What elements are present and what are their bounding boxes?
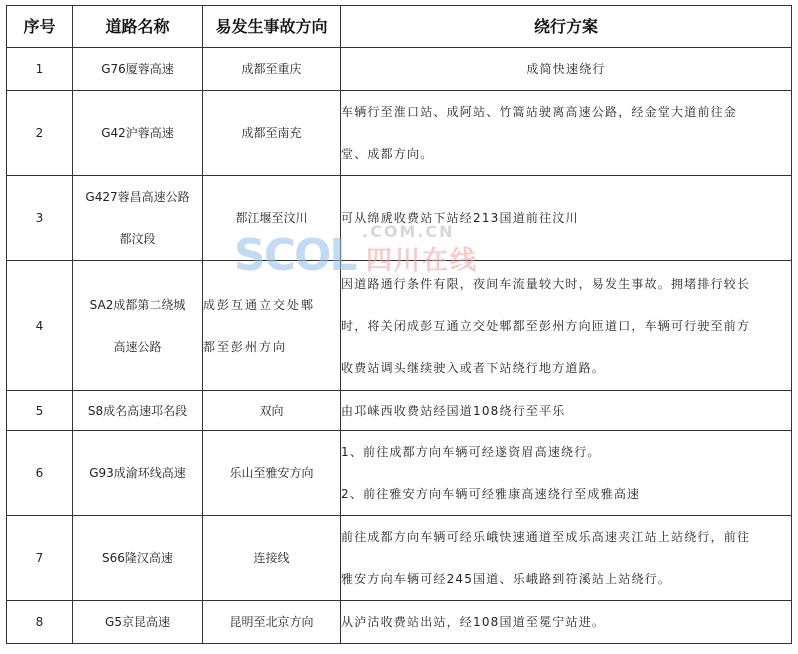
accident-direction: 昆明至北京方向 — [203, 601, 341, 644]
table-row: 1 G76厦蓉高速 成都至重庆 成简快速绕行 — [7, 48, 792, 91]
road-name: G93成渝环线高速 — [73, 431, 203, 516]
detour-plan: 车辆行至淮口站、成阿站、竹篙站驶离高速公路，经金堂大道前往金 堂、成都方向。 — [341, 91, 792, 176]
header-no: 序号 — [7, 6, 73, 48]
road-name: G5京昆高速 — [73, 601, 203, 644]
row-no: 3 — [7, 176, 73, 261]
accident-direction: 连接线 — [203, 516, 341, 601]
table-row: 5 S8成名高速邛名段 双向 由邛崃西收费站经国道108绕行至平乐 — [7, 391, 792, 431]
header-accident-direction: 易发生事故方向 — [203, 6, 341, 48]
row-no: 1 — [7, 48, 73, 91]
row-no: 7 — [7, 516, 73, 601]
detour-plan: 因道路通行条件有限，夜间车流量较大时，易发生事故。拥堵排行较长 时，将关闭成彭互… — [341, 261, 792, 391]
road-name: SA2成都第二绕城 高速公路 — [73, 261, 203, 391]
row-no: 6 — [7, 431, 73, 516]
detour-plan: 可从绵虒收费站下站经213国道前往汶川 — [341, 176, 792, 261]
table-row: 4 SA2成都第二绕城 高速公路 成彭互通立交处郫 都至彭州方向 因道路通行条件… — [7, 261, 792, 391]
table-row: 6 G93成渝环线高速 乐山至雅安方向 1、前往成都方向车辆可经遂资眉高速绕行。… — [7, 431, 792, 516]
detour-plan: 由邛崃西收费站经国道108绕行至平乐 — [341, 391, 792, 431]
accident-direction: 成彭互通立交处郫 都至彭州方向 — [203, 261, 341, 391]
road-name: S8成名高速邛名段 — [73, 391, 203, 431]
row-no: 2 — [7, 91, 73, 176]
accident-direction: 成都至重庆 — [203, 48, 341, 91]
header-road-name: 道路名称 — [73, 6, 203, 48]
detour-plan: 前往成都方向车辆可经乐峨快速通道至成乐高速夹江站上站绕行，前往 雅安方向车辆可经… — [341, 516, 792, 601]
road-name: G427蓉昌高速公路 都汶段 — [73, 176, 203, 261]
table-row: 7 S66隆汉高速 连接线 前往成都方向车辆可经乐峨快速通道至成乐高速夹江站上站… — [7, 516, 792, 601]
road-name: G76厦蓉高速 — [73, 48, 203, 91]
road-name: G42沪蓉高速 — [73, 91, 203, 176]
accident-direction: 乐山至雅安方向 — [203, 431, 341, 516]
row-no: 5 — [7, 391, 73, 431]
accident-direction: 都江堰至汶川 — [203, 176, 341, 261]
accident-direction: 成都至南充 — [203, 91, 341, 176]
table-row: 2 G42沪蓉高速 成都至南充 车辆行至淮口站、成阿站、竹篙站驶离高速公路，经金… — [7, 91, 792, 176]
header-detour-plan: 绕行方案 — [341, 6, 792, 48]
detour-plan-table: 序号 道路名称 易发生事故方向 绕行方案 1 G76厦蓉高速 成都至重庆 成简快… — [6, 5, 792, 644]
table-header-row: 序号 道路名称 易发生事故方向 绕行方案 — [7, 6, 792, 48]
row-no: 8 — [7, 601, 73, 644]
table-row: 8 G5京昆高速 昆明至北京方向 从泸沽收费站出站，经108国道至冕宁站进。 — [7, 601, 792, 644]
detour-plan: 1、前往成都方向车辆可经遂资眉高速绕行。 2、前往雅安方向车辆可经雅康高速绕行至… — [341, 431, 792, 516]
road-name: S66隆汉高速 — [73, 516, 203, 601]
detour-plan: 从泸沽收费站出站，经108国道至冕宁站进。 — [341, 601, 792, 644]
detour-plan: 成简快速绕行 — [341, 48, 792, 91]
table-row: 3 G427蓉昌高速公路 都汶段 都江堰至汶川 可从绵虒收费站下站经213国道前… — [7, 176, 792, 261]
accident-direction: 双向 — [203, 391, 341, 431]
row-no: 4 — [7, 261, 73, 391]
